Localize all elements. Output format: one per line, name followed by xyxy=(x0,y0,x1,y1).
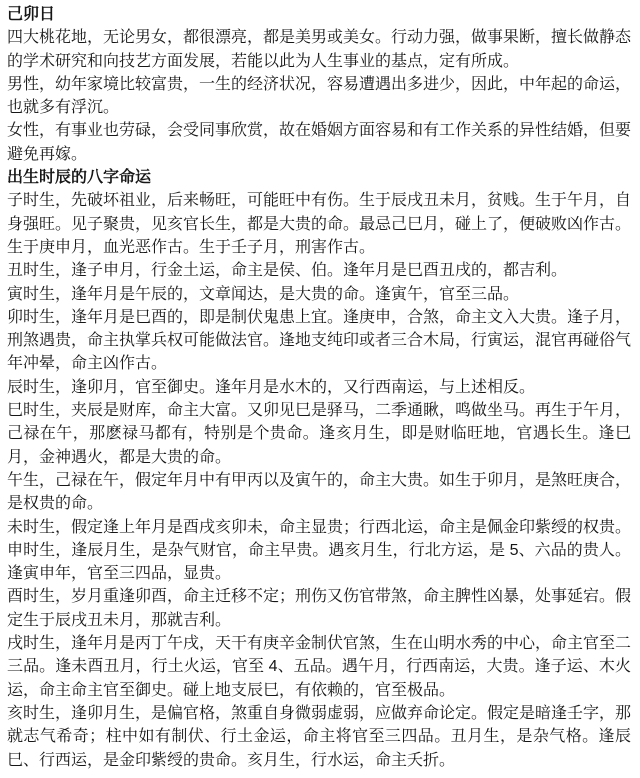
hour-paragraph-hai: 亥时生，逢卯月生，是偏官格，煞重自身微弱虚弱，应做弃命论定。假定是暗逢壬字，那就… xyxy=(7,702,631,772)
section-heading-birth-hours: 出生时辰的八字命运 xyxy=(7,166,631,189)
hour-paragraph-si: 巳时生，夹辰是财库，命主大富。又卯见巳是驿马，二季通瞅，鸣做坐马。再生于午月，己… xyxy=(7,399,631,469)
hour-paragraph-wei: 未时生，假定逢上年月是酉戌亥卯未，命主显贵；行西北运，命主是佩金印紫绶的权贵。 xyxy=(7,516,631,539)
hour-paragraph-shen: 申时生，逢辰月生，是杂气财官，命主早贵。遇亥月生，行北方运，是 5、六品的贵人。… xyxy=(7,539,631,586)
hour-paragraph-chou: 丑时生，逢子申月，行金土运，命主是侯、伯。逢年月是巳酉丑戌的，都吉利。 xyxy=(7,259,631,282)
intro-paragraph-male: 男性，幼年家境比较富贵，一生的经济状况，容易遭遇出多进少，因此，中年起的命运，也… xyxy=(7,73,631,120)
hour-paragraph-you: 酉时生，岁月重逢卯酉，命主迁移不定；刑伤又伤官带煞，命主脾性凶暴，处事延宕。假定… xyxy=(7,585,631,632)
hour-paragraph-yin: 寅时生，逢年月是午辰的，文章闻达，是大贵的命。逢寅午，官至三品。 xyxy=(7,283,631,306)
hour-paragraph-xu: 戌时生，逢年月是丙丁午戌，天干有庚辛金制伏官煞，生在山明水秀的中心，命主官至二三… xyxy=(7,632,631,702)
hour-paragraph-mao: 卯时生，逢年月是巳酉的，即是制伏鬼患上宜。逢庚申，合煞，命主文入大贵。逢子月，刑… xyxy=(7,306,631,376)
document-title: 己卯日 xyxy=(7,3,631,26)
intro-paragraph-female: 女性，有事业也劳碌，会受同事欣赏，故在婚姻方面容易和有工作关系的异性结婚，但要避… xyxy=(7,119,631,166)
intro-paragraph-overview: 四大桃花地，无论男女，都很漂亮，都是美男或美女。行动力强，做事果断，擅长做静态的… xyxy=(7,26,631,73)
hour-paragraph-zi: 子时生，先破坏祖业，后来畅旺，可能旺中有伤。生于辰戌丑未月，贫贱。生于午月，自身… xyxy=(7,189,631,259)
hour-paragraph-wu: 午生，己禄在午，假定年月中有甲丙以及寅午的，命主大贵。如生于卯月，是煞旺庚合，是… xyxy=(7,469,631,516)
hour-paragraph-chen: 辰时生，逢卯月，官至御史。逢年月是水木的，又行西南运，与上述相反。 xyxy=(7,376,631,399)
document-page: 己卯日 四大桃花地，无论男女，都很漂亮，都是美男或美女。行动力强，做事果断，擅长… xyxy=(0,0,640,778)
